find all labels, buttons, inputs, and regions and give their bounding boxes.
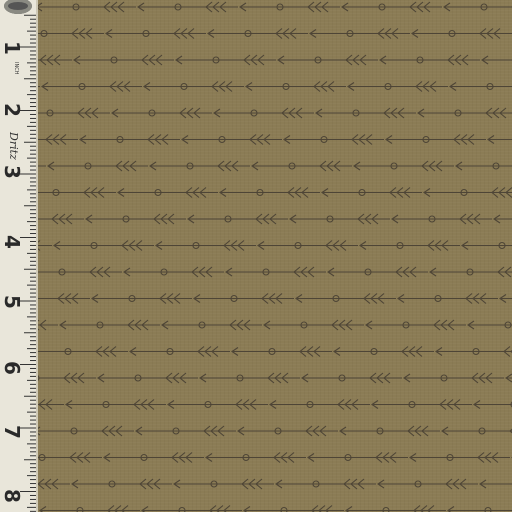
fabric-swatch [36,0,512,512]
ruler-number-5: 5 [0,292,24,312]
ruler-brand: Dritz [7,132,20,160]
ruler-number-2: 2 [0,100,24,120]
ruler-number-7: 7 [0,422,24,442]
ruler-number-3: 3 [0,162,24,182]
arrow-pattern [36,0,512,512]
ruler-edge [36,0,38,512]
ruler-number-4: 4 [0,232,24,252]
ruler-number-6: 6 [0,358,24,378]
measuring-ruler: INCH Dritz 1 2 3 4 5 6 7 8 [0,0,38,512]
ruler-number-8: 8 [0,486,24,506]
ruler-number-1: 1 [0,38,24,58]
ruler-unit-label: INCH [13,62,19,74]
